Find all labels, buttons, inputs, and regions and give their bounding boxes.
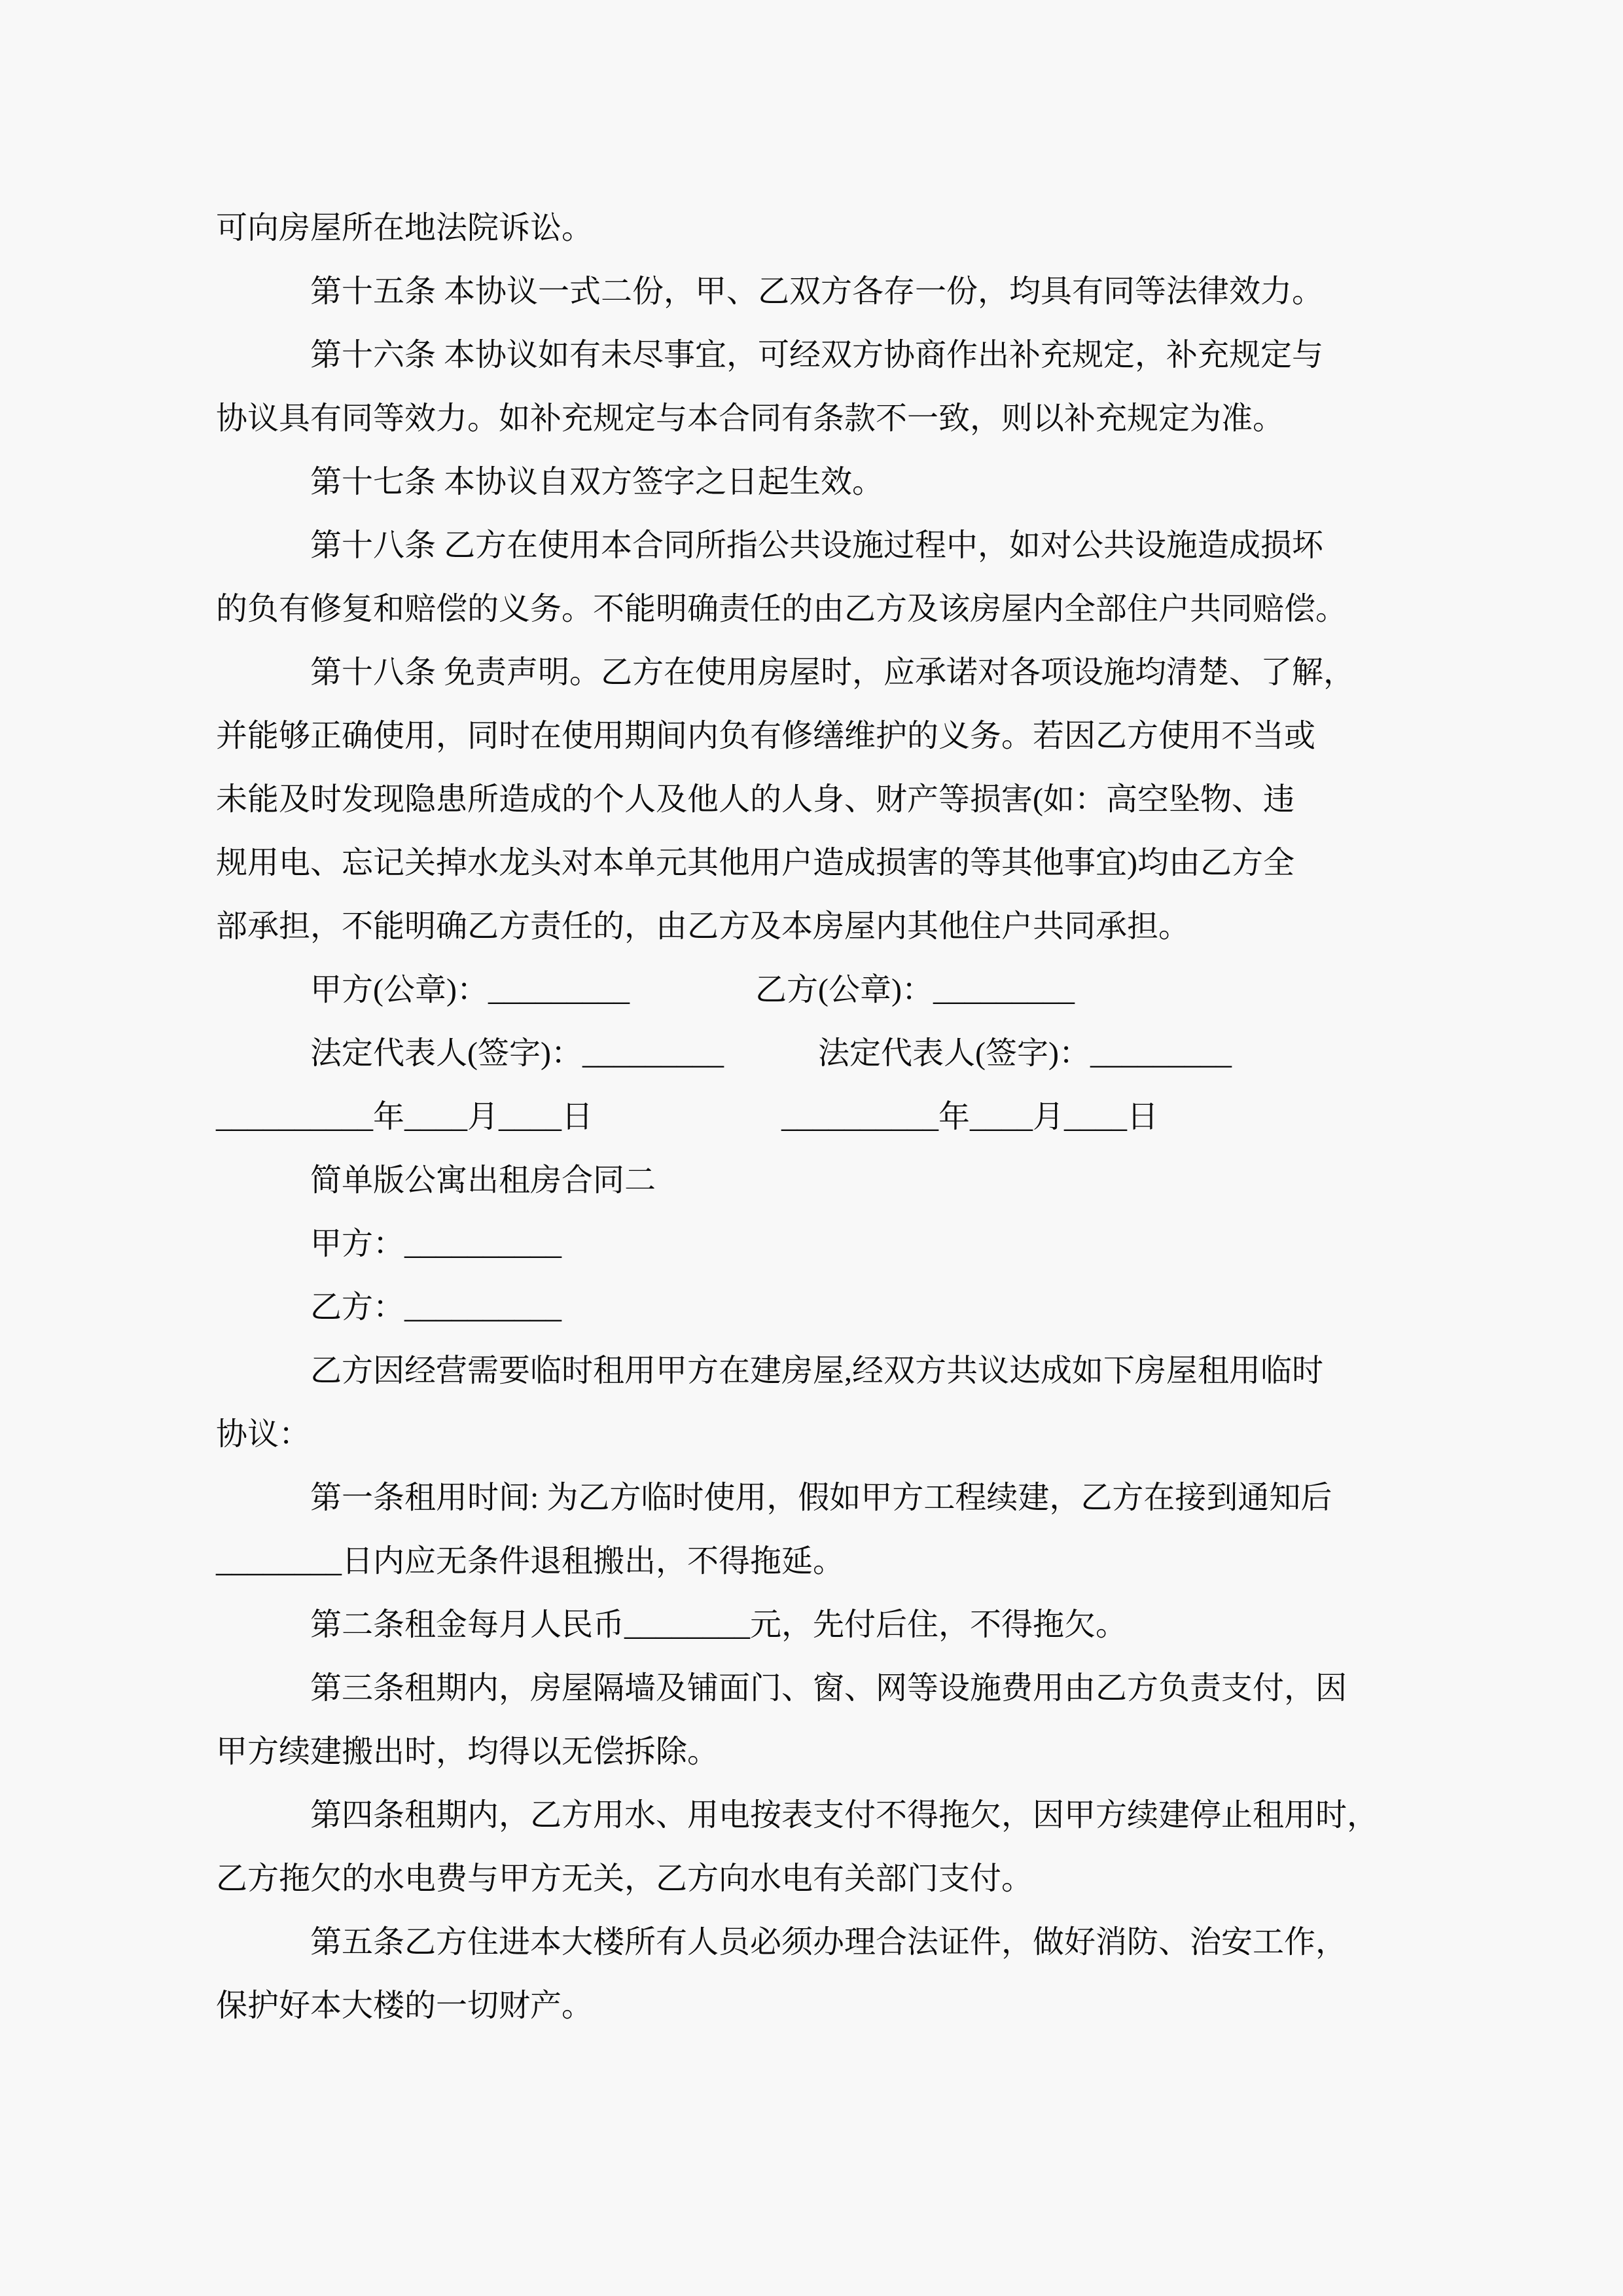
contract-page: 可向房屋所在地法院诉讼。第十五条 本协议一式二份，甲、乙双方各存一份，均具有同等… bbox=[0, 0, 1623, 2296]
paragraph-line: 未能及时发现隐患所造成的个人及他人的人身、财产等损害(如：高空坠物、违 bbox=[216, 768, 1394, 831]
date-blank-line: __________年____月____日 __________年____月__… bbox=[216, 1085, 1394, 1149]
paragraph-line: 乙方因经营需要临时租用甲方在建房屋,经双方共议达成如下房屋租用临时 bbox=[216, 1339, 1394, 1403]
clause-15-line: 第十五条 本协议一式二份，甲、乙双方各存一份，均具有同等法律效力。 bbox=[216, 260, 1394, 323]
paragraph-line: 协议具有同等效力。如补充规定与本合同有条款不一致，则以补充规定为准。 bbox=[216, 387, 1394, 450]
paragraph-line: 部承担，不能明确乙方责任的，由乙方及本房屋内其他住户共同承担。 bbox=[216, 895, 1394, 958]
clause-18b-line: 第十八条 免责声明。乙方在使用房屋时，应承诺对各项设施均清楚、了解， bbox=[216, 641, 1394, 704]
paragraph-line: 规用电、忘记关掉水龙头对本单元其他用户造成损害的等其他事宜)均由乙方全 bbox=[216, 831, 1394, 895]
clause-17-line: 第十七条 本协议自双方签字之日起生效。 bbox=[216, 450, 1394, 514]
paragraph-line: 的负有修复和赔偿的义务。不能明确责任的由乙方及该房屋内全部住户共同赔偿。 bbox=[216, 577, 1394, 641]
clause-2-blank-line: 第二条租金每月人民币________元，先付后住，不得拖欠。 bbox=[216, 1593, 1394, 1657]
clause-3-line: 第三条租期内，房屋隔墙及铺面门、窗、网等设施费用由乙方负责支付，因 bbox=[216, 1657, 1394, 1720]
clause-16-line: 第十六条 本协议如有未尽事宜，可经双方协商作出补充规定，补充规定与 bbox=[216, 323, 1394, 387]
party-a-blank-line: 甲方：__________ bbox=[216, 1212, 1394, 1276]
paragraph-line: 可向房屋所在地法院诉讼。 bbox=[216, 196, 1394, 260]
legal-rep-sign-blank-line: 法定代表人(签字)：_________ 法定代表人(签字)：_________ bbox=[216, 1022, 1394, 1085]
clause-18-line: 第十八条 乙方在使用本合同所指公共设施过程中，如对公共设施造成损坏 bbox=[216, 514, 1394, 577]
party-seal-blank-line: 甲方(公章)：_________ 乙方(公章)：_________ bbox=[216, 958, 1394, 1022]
paragraph-line: 并能够正确使用，同时在使用期间内负有修缮维护的义务。若因乙方使用不当或 bbox=[216, 704, 1394, 768]
paragraph-line: 保护好本大楼的一切财产。 bbox=[216, 1974, 1394, 2037]
clause-1-line: 第一条租用时间: 为乙方临时使用，假如甲方工程续建，乙方在接到通知后 bbox=[216, 1466, 1394, 1530]
contract-subtitle: 简单版公寓出租房合同二 bbox=[216, 1149, 1394, 1212]
document-body: 可向房屋所在地法院诉讼。第十五条 本协议一式二份，甲、乙双方各存一份，均具有同等… bbox=[216, 196, 1394, 2037]
paragraph-line: 乙方拖欠的水电费与甲方无关，乙方向水电有关部门支付。 bbox=[216, 1847, 1394, 1910]
party-b-blank-line: 乙方：__________ bbox=[216, 1276, 1394, 1339]
clause-5-line: 第五条乙方住进本大楼所有人员必须办理合法证件，做好消防、治安工作， bbox=[216, 1910, 1394, 1974]
clause-4-line: 第四条租期内，乙方用水、用电按表支付不得拖欠，因甲方续建停止租用时， bbox=[216, 1784, 1394, 1847]
paragraph-line: 协议： bbox=[216, 1403, 1394, 1466]
paragraph-blank-line: ________日内应无条件退租搬出，不得拖延。 bbox=[216, 1530, 1394, 1593]
paragraph-line: 甲方续建搬出时，均得以无偿拆除。 bbox=[216, 1720, 1394, 1784]
